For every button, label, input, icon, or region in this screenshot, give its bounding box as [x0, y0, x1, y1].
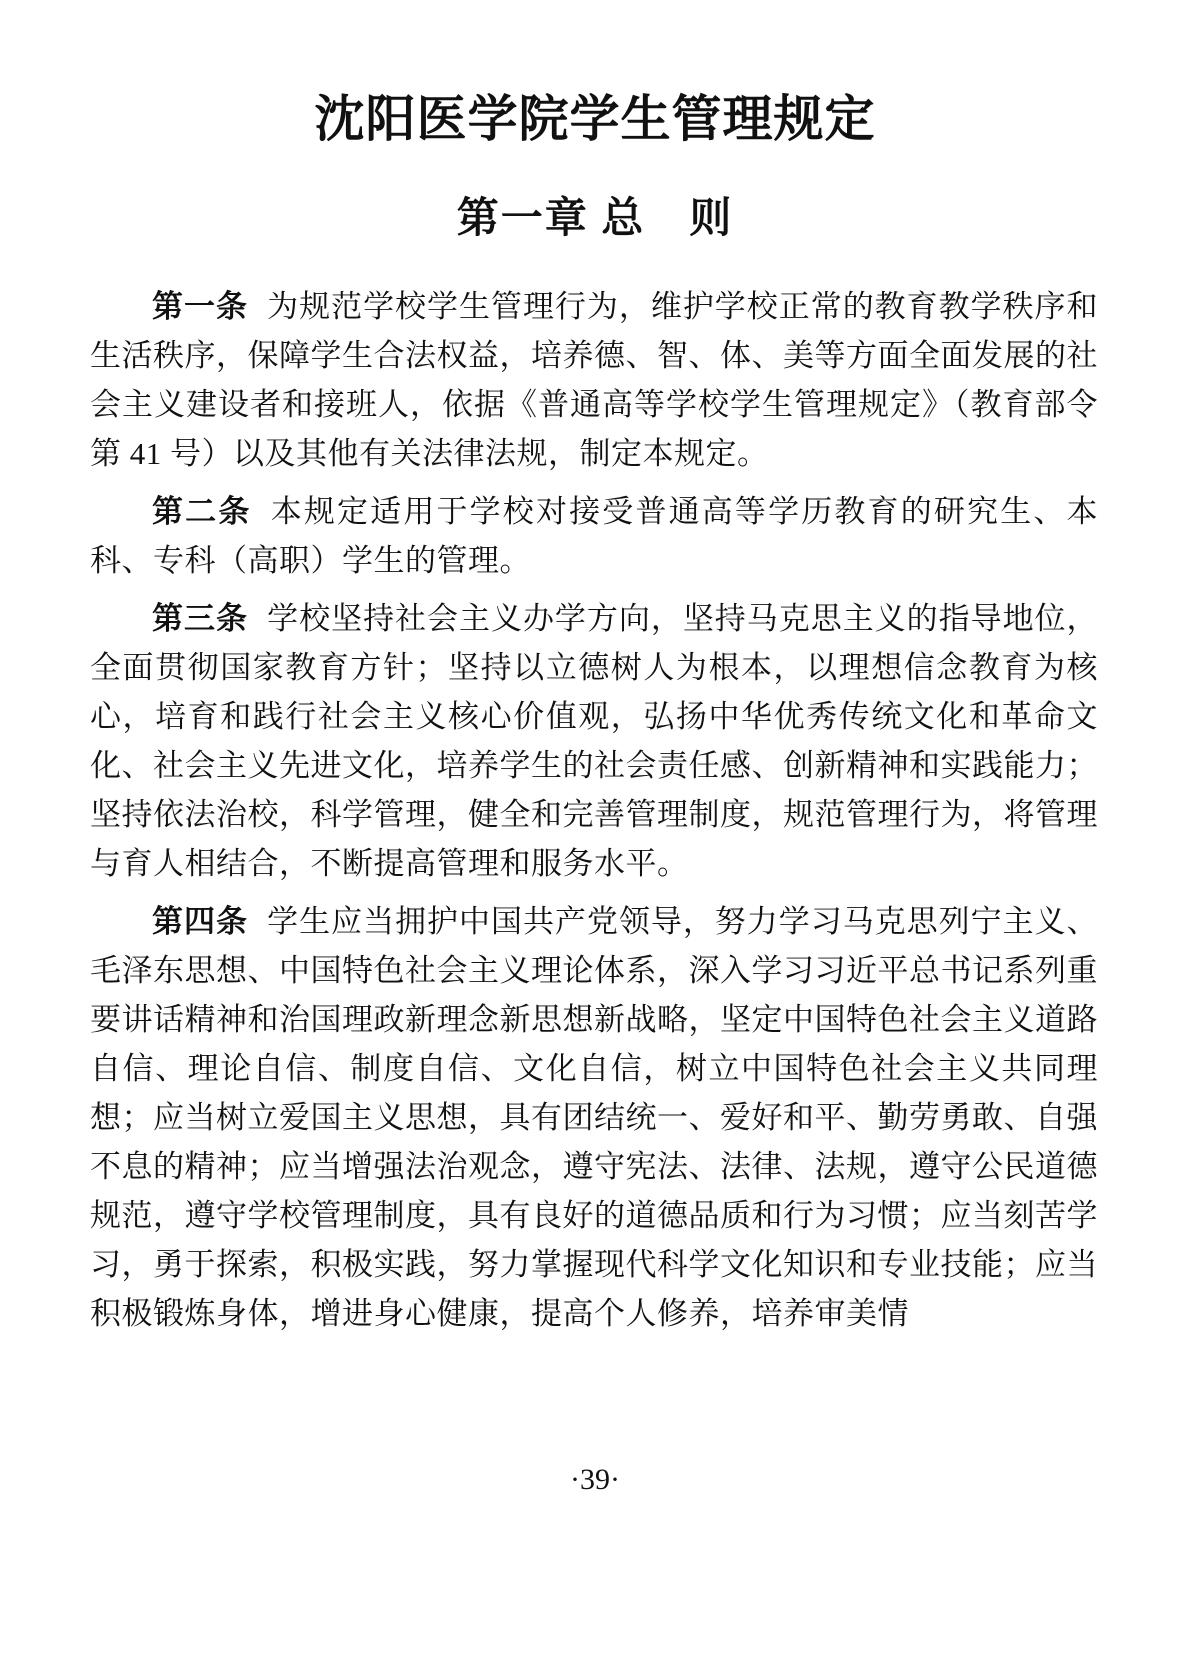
document-page: 沈阳医学院学生管理规定 第一章 总 则 第一条为规范学校学生管理行为，维护学校正… — [0, 0, 1190, 1670]
document-body: 第一条为规范学校学生管理行为，维护学校正常的教育教学秩序和生活秩序，保障学生合法… — [0, 246, 1190, 1338]
article-4-paragraph: 第四条学生应当拥护中国共产党领导，努力学习马克思列宁主义、毛泽东思想、中国特色社… — [90, 897, 1098, 1338]
article-4-text: 学生应当拥护中国共产党领导，努力学习马克思列宁主义、毛泽东思想、中国特色社会主义… — [90, 904, 1098, 1331]
article-4-label: 第四条 — [152, 904, 248, 939]
article-1-paragraph: 第一条为规范学校学生管理行为，维护学校正常的教育教学秩序和生活秩序，保障学生合法… — [90, 282, 1098, 478]
article-3-label: 第三条 — [152, 601, 248, 636]
article-2-label: 第二条 — [152, 494, 251, 529]
chapter-heading: 第一章 总 则 — [0, 150, 1190, 246]
article-3-paragraph: 第三条学校坚持社会主义办学方向，坚持马克思主义的指导地位，全面贯彻国家教育方针；… — [90, 594, 1098, 888]
article-1-label: 第一条 — [152, 289, 248, 324]
document-title: 沈阳医学院学生管理规定 — [0, 0, 1190, 150]
article-3-text: 学校坚持社会主义办学方向，坚持马克思主义的指导地位，全面贯彻国家教育方针；坚持以… — [90, 601, 1098, 881]
page-number: ·39· — [0, 1462, 1190, 1498]
article-2-paragraph: 第二条本规定适用于学校对接受普通高等学历教育的研究生、本科、专科（高职）学生的管… — [90, 487, 1098, 585]
